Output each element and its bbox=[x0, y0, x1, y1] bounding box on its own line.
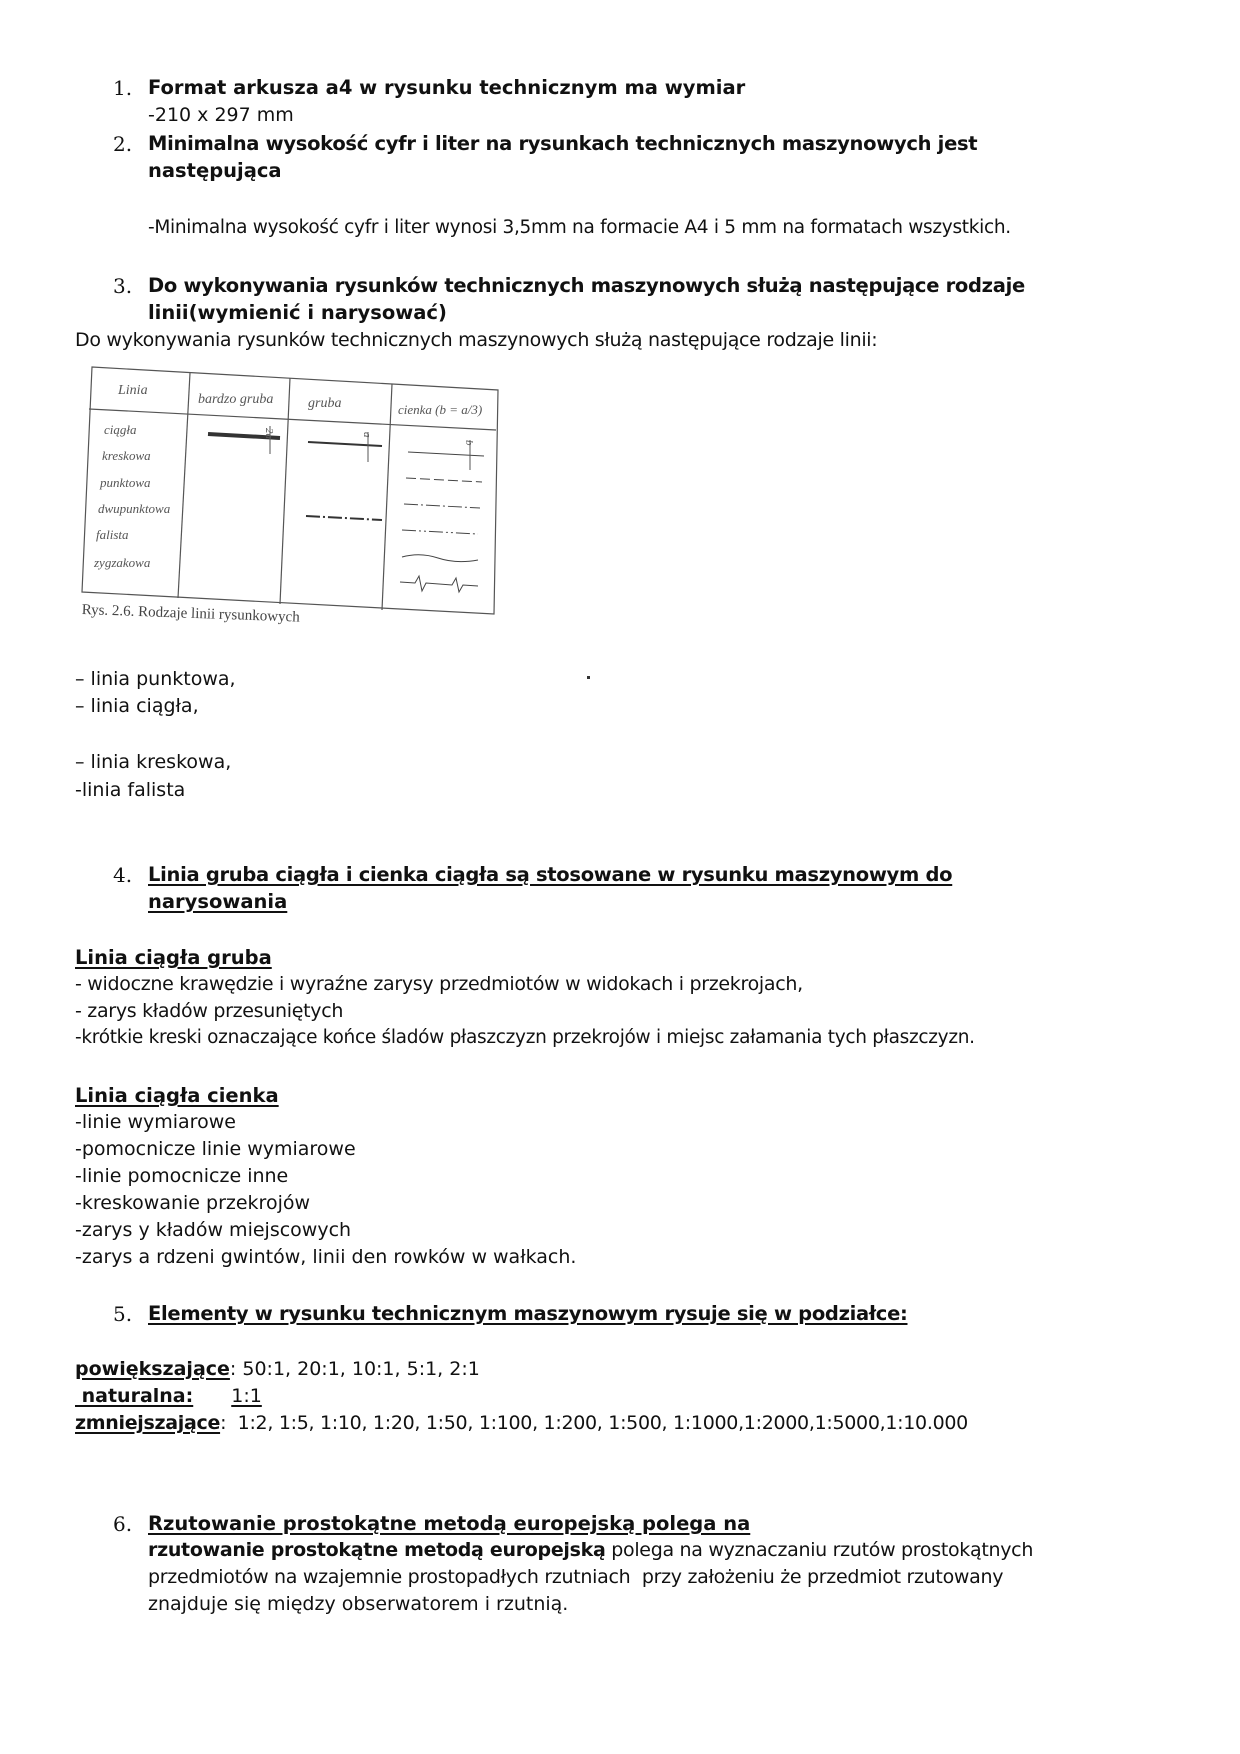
thick-line-item: - widoczne krawędzie i wyraźne zarysy pr… bbox=[75, 973, 803, 995]
fig-row-label: punktowa bbox=[99, 475, 151, 490]
q1-number: 1. bbox=[113, 76, 132, 100]
q2-number: 2. bbox=[113, 132, 132, 156]
stray-dot bbox=[587, 676, 590, 679]
q6-body-line2: przedmiotów na wzajemnie prostopadłych r… bbox=[148, 1566, 1003, 1588]
thick-line-item: -krótkie kreski oznaczające końce śladów… bbox=[75, 1027, 975, 1048]
q2-title-line1: Minimalna wysokość cyfr i liter na rysun… bbox=[148, 132, 977, 155]
scale-row-natural: naturalna:1:1 bbox=[75, 1385, 262, 1407]
q3-intro: Do wykonywania rysunków technicznych mas… bbox=[75, 329, 877, 351]
thick-line-item: - zarys kładów przesuniętych bbox=[75, 1000, 343, 1022]
fig-header-cienka: cienka (b = a/3) bbox=[398, 402, 482, 417]
thin-line-item: -kreskowanie przekrojów bbox=[75, 1192, 310, 1214]
thin-line-item: -pomocnicze linie wymiarowe bbox=[75, 1138, 356, 1160]
line-list-item: – linia punktowa, bbox=[75, 668, 236, 690]
fig-row-label: zygzakowa bbox=[93, 555, 151, 570]
q6-number: 6. bbox=[113, 1512, 132, 1536]
line-list-item: – linia kreskowa, bbox=[75, 751, 231, 773]
fig-header-linia: Linia bbox=[117, 383, 148, 398]
thin-line-item: -zarys y kładów miejscowych bbox=[75, 1219, 351, 1241]
scale-label: zmniejszające bbox=[75, 1412, 220, 1434]
q2-answer: -Minimalna wysokość cyfr i liter wynosi … bbox=[148, 217, 1011, 238]
q5-number: 5. bbox=[113, 1302, 132, 1326]
q3-title-line1: Do wykonywania rysunków technicznych mas… bbox=[148, 274, 1025, 297]
thin-line-item: -linie pomocnicze inne bbox=[75, 1165, 288, 1187]
fig-dim-b: b bbox=[463, 440, 475, 446]
thin-line-item: -zarys a rdzeni gwintów, linii den rowkó… bbox=[75, 1246, 576, 1268]
scale-row-enlarging: powiększające: 50:1, 20:1, 10:1, 5:1, 2:… bbox=[75, 1358, 480, 1380]
thin-line-heading: Linia ciągła cienka bbox=[75, 1084, 279, 1107]
scale-row-reducing: zmniejszające: 1:2, 1:5, 1:10, 1:20, 1:5… bbox=[75, 1412, 968, 1434]
fig-row-label: kreskowa bbox=[102, 448, 151, 463]
q6-title: Rzutowanie prostokątne metodą europejską… bbox=[148, 1512, 750, 1535]
q6-body-bold: rzutowanie prostokątne metodą europejską bbox=[148, 1539, 606, 1561]
fig-dim-2a: 2a bbox=[263, 428, 275, 440]
line-list-item: – linia ciągła, bbox=[75, 695, 199, 717]
q4-title-line1: Linia gruba ciągła i cienka ciągła są st… bbox=[148, 863, 952, 886]
fig-header-bardzo-gruba: bardzo gruba bbox=[198, 392, 273, 407]
q6-body-text: polega na wyznaczaniu rzutów prostokątny… bbox=[606, 1539, 1034, 1561]
fig-row-label: dwupunktowa bbox=[98, 501, 171, 516]
scale-label: powiększające bbox=[75, 1358, 230, 1380]
q5-title: Elementy w rysunku technicznym maszynowy… bbox=[148, 1302, 908, 1325]
fig-row-label: falista bbox=[96, 527, 129, 542]
q1-title: Format arkusza a4 w rysunku technicznym … bbox=[148, 76, 745, 99]
thin-line-item: -linie wymiarowe bbox=[75, 1111, 236, 1133]
scale-values: 1:1 bbox=[193, 1385, 262, 1407]
fig-row-label: ciągła bbox=[104, 422, 137, 437]
q3-title-line2: linii(wymienić i narysować) bbox=[148, 301, 447, 324]
fig-header-gruba: gruba bbox=[308, 396, 341, 411]
q4-title-line2: narysowania bbox=[148, 890, 287, 913]
fig-dim-a: a bbox=[361, 432, 373, 438]
q2-title-line2: następująca bbox=[148, 159, 282, 182]
scale-values: 1:2, 1:5, 1:10, 1:20, 1:50, 1:100, 1:200… bbox=[226, 1412, 968, 1434]
q1-answer: -210 x 297 mm bbox=[148, 104, 294, 126]
scale-label: naturalna: bbox=[75, 1385, 193, 1407]
q4-number: 4. bbox=[113, 863, 132, 887]
q3-number: 3. bbox=[113, 274, 132, 298]
q6-body-line3: znajduje się między obserwatorem i rzutn… bbox=[148, 1593, 568, 1615]
scale-values: 50:1, 20:1, 10:1, 5:1, 2:1 bbox=[236, 1358, 480, 1380]
line-types-figure: Linia bardzo gruba gruba cienka (b = a/3… bbox=[80, 362, 500, 632]
thick-line-heading: Linia ciągła gruba bbox=[75, 946, 272, 969]
line-list-item: -linia falista bbox=[75, 779, 185, 801]
q6-body-line1: rzutowanie prostokątne metodą europejską… bbox=[148, 1539, 1033, 1561]
